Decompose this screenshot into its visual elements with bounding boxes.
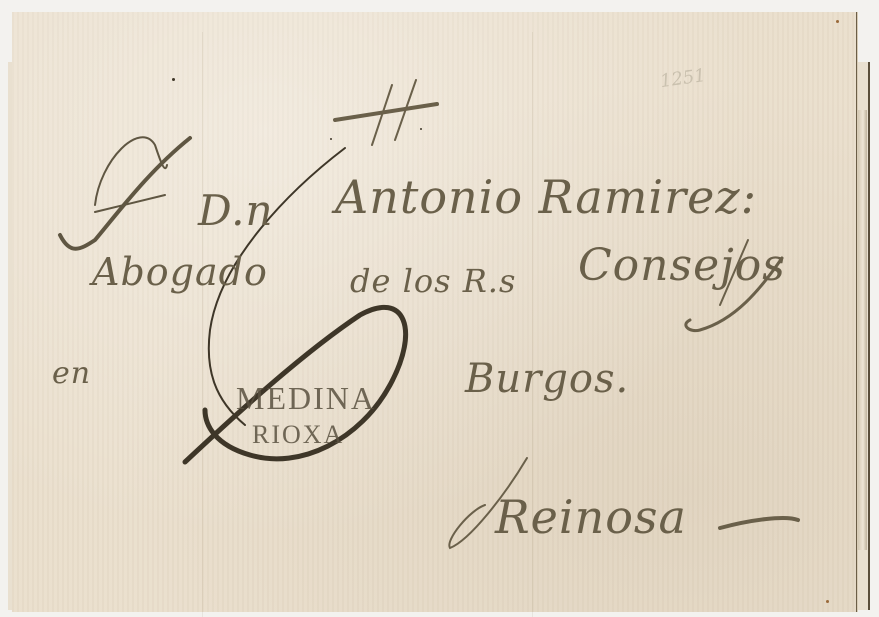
title-abogado: Abogado (92, 250, 268, 294)
postmark-line-2: RIOXA (252, 420, 344, 450)
postmark-line-1: MEDINA (236, 380, 376, 417)
ink-layer: 1251 A (0, 0, 879, 617)
title-de-los: de los R.s (350, 262, 516, 300)
title-consejos: Consejos (578, 240, 786, 291)
manuscript-strokes (0, 0, 879, 617)
recipient-name: Antonio Ramirez: (335, 170, 757, 224)
destination-reinosa: Reinosa (495, 490, 687, 544)
preposition-en: en (52, 356, 91, 391)
honorific: D.n (198, 186, 274, 235)
city-burgos: Burgos. (465, 356, 629, 402)
cross-mark (335, 80, 437, 145)
